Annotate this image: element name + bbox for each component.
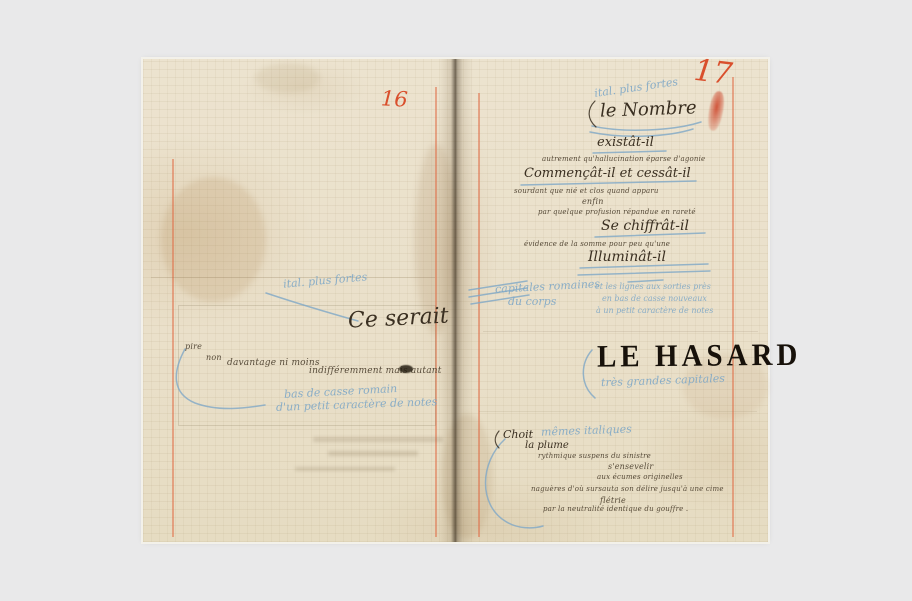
verse-le-nombre: le Nombre [600, 97, 697, 121]
red-margin-line [732, 77, 734, 537]
verse-davantage-ni-moins: davantage ni moins [227, 358, 320, 368]
verse-indifferemment-mais-autant: indifféremment mais autant [309, 366, 442, 376]
verse-rythmique-suspens: rythmique suspens du sinistre [538, 452, 651, 460]
verse-enfin: enfin [582, 197, 604, 206]
verse-autrement: autrement qu'hallucination éparse d'agon… [542, 155, 705, 163]
verse-par-quelque-profusion: par quelque profusion répandue en rareté [538, 208, 696, 216]
verse-evidence-de-la-somme: évidence de la somme pour peu qu'une [524, 240, 670, 248]
red-margin-line [478, 93, 480, 537]
verse-existat-il: existât-il [597, 135, 654, 150]
verse-non: non [206, 353, 222, 362]
verse-pire: pire [185, 342, 202, 351]
show-through-mark [328, 451, 418, 456]
show-through-mark [295, 467, 395, 471]
red-margin-line [172, 159, 174, 537]
verse-neutralite-gouffre: par la neutralité identique du gouffre . [543, 505, 688, 513]
verse-sourdant: sourdant que nié et clos quand apparu [514, 187, 659, 195]
verse-nagueres: naguères d'où sursauta son délire jusqu'… [531, 485, 724, 493]
show-through-mark [313, 437, 443, 442]
verse-aux-ecumes: aux écumes originelles [597, 473, 683, 481]
verse-se-chiffrat-il: Se chiffrât-il [601, 218, 689, 234]
photo-background: 16 ital. plus fortes Ce serait pire non … [0, 0, 912, 601]
stain [255, 63, 320, 93]
verse-fletrie: flétrie [600, 496, 626, 505]
verse-la-plume: la plume [525, 440, 569, 451]
verse-illuminat-il: Illuminât-il [588, 249, 666, 265]
title-le-hasard: LE HASARD [597, 338, 802, 376]
blue-note-lignes: et les lignes aux sorties près [595, 282, 711, 291]
ink-blot [399, 365, 413, 373]
blue-note-bas-de-casse-nouveaux: en bas de casse nouveaux [602, 294, 707, 303]
pencil-rule [479, 411, 757, 412]
center-fold [439, 59, 473, 542]
page-number-16: 16 [380, 86, 408, 111]
verse-commencat-cessat: Commençât-il et cessât-il [524, 166, 691, 181]
verse-s-ensevelir: s'ensevelir [608, 462, 653, 471]
page-number-17: 17 [692, 53, 734, 92]
blue-note-petit-caractere-notes: à un petit caractère de notes [596, 306, 713, 315]
manuscript-photo: 16 ital. plus fortes Ce serait pire non … [143, 59, 768, 542]
stain [161, 177, 266, 302]
pencil-rule [483, 331, 758, 332]
blue-note-du-corps: du corps [508, 295, 556, 308]
verse-ce-serait: Ce serait [347, 303, 449, 333]
